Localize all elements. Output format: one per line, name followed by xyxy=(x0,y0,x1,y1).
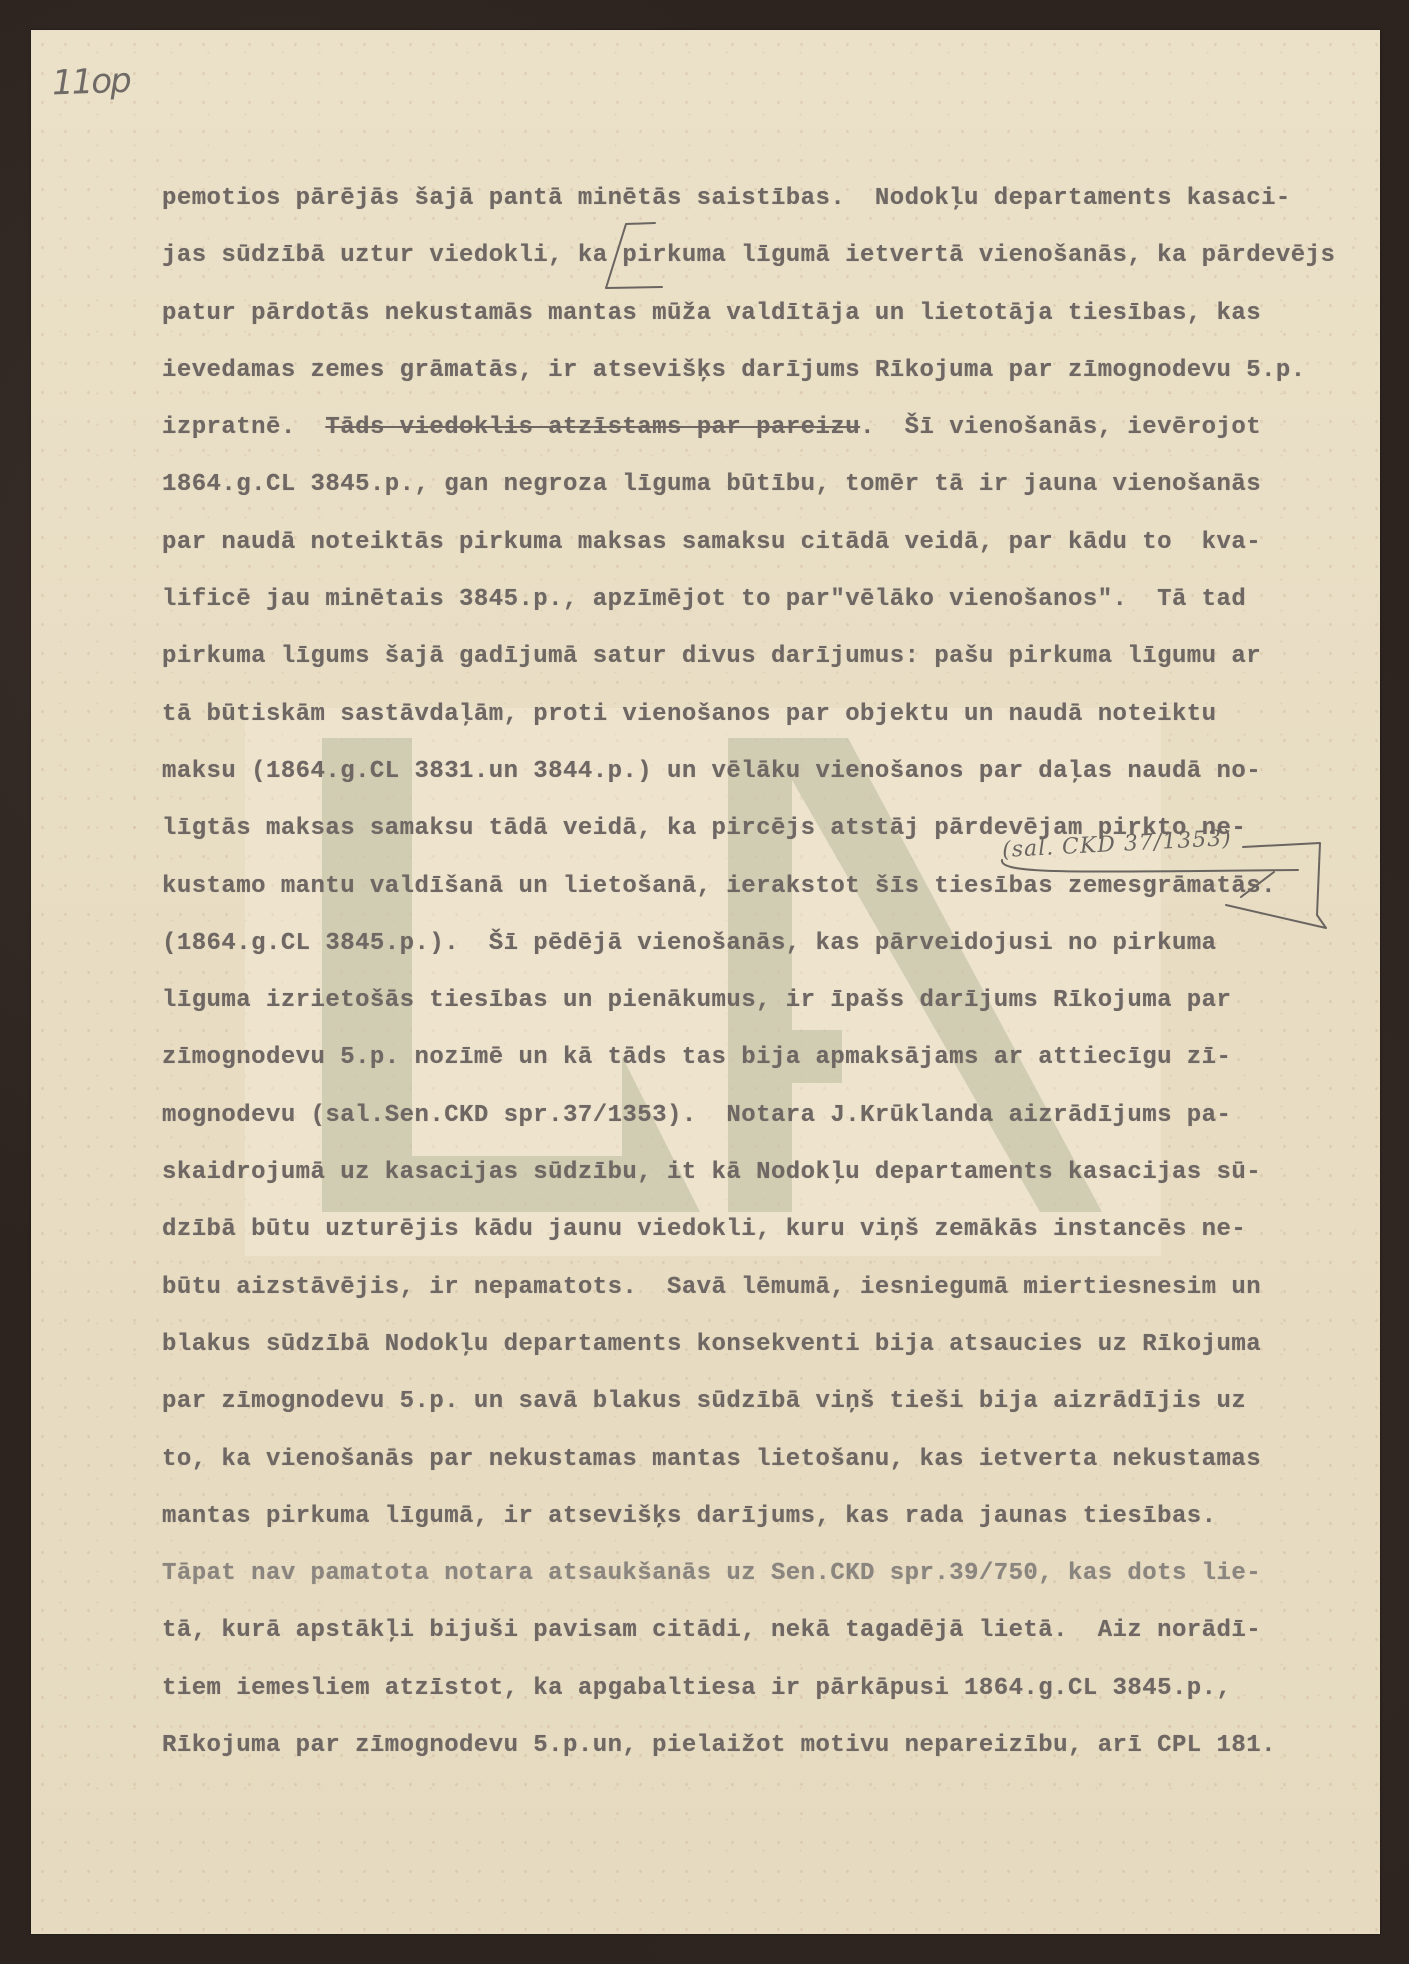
text-line: par naudā noteiktās pirkuma maksas samak… xyxy=(162,514,1362,571)
struck-text: Tāds viedoklis atzīstams par pareizu xyxy=(325,414,860,441)
text-line: lificē jau minētais 3845.p., apzīmējot t… xyxy=(162,571,1362,628)
text-line: 1864.g.CL 3845.p., gan negroza līguma bū… xyxy=(162,456,1362,513)
text-line: to, ka vienošanās par nekustamas mantas … xyxy=(162,1431,1362,1488)
text-line: līguma izrietošās tiesības un pienākumus… xyxy=(162,972,1362,1029)
text-line: pemotios pārējās šajā pantā minētās sais… xyxy=(162,170,1362,227)
text-line: mantas pirkuma līgumā, ir atsevišķs darī… xyxy=(162,1488,1362,1545)
text-line: zīmognodevu 5.p. nozīmē un kā tāds tas b… xyxy=(162,1029,1362,1086)
text-line-with-strikethrough: izpratnē. Tāds viedoklis atzīstams par p… xyxy=(162,399,1362,456)
handwritten-page-number: 11op xyxy=(51,61,130,104)
text-line: jas sūdzībā uztur viedokli, ka pirkuma l… xyxy=(162,227,1362,284)
text-segment: . Šī vienošanās, ievērojot xyxy=(860,414,1261,441)
text-line: pirkuma līgums šajā gadījumā satur divus… xyxy=(162,628,1362,685)
text-line: būtu aizstāvējis, ir nepamatots. Savā lē… xyxy=(162,1259,1362,1316)
text-line: kustamo mantu valdīšanā un lietošanā, ie… xyxy=(162,858,1362,915)
text-segment: izpratnē. xyxy=(162,414,325,441)
text-line: Tāpat nav pamatota notara atsaukšanās uz… xyxy=(162,1545,1362,1602)
text-line: (1864.g.CL 3845.p.). Šī pēdējā vienošanā… xyxy=(162,915,1362,972)
text-line: mognodevu (sal.Sen.CKD spr.37/1353). Not… xyxy=(162,1087,1362,1144)
text-line: Rīkojuma par zīmognodevu 5.p.un, pielaiž… xyxy=(162,1717,1362,1774)
text-line: blakus sūdzībā Nodokļu departaments kons… xyxy=(162,1316,1362,1373)
text-line: skaidrojumā uz kasacijas sūdzību, it kā … xyxy=(162,1144,1362,1201)
text-line: dzībā būtu uzturējis kādu jaunu viedokli… xyxy=(162,1201,1362,1258)
text-line: par zīmognodevu 5.p. un savā blakus sūdz… xyxy=(162,1373,1362,1430)
typewritten-body: pemotios pārējās šajā pantā minētās sais… xyxy=(162,170,1362,1774)
text-line: tā būtiskām sastāvdaļām, proti vienošano… xyxy=(162,686,1362,743)
text-line: maksu (1864.g.CL 3831.un 3844.p.) un vēl… xyxy=(162,743,1362,800)
text-line: tā, kurā apstākļi bijuši pavisam citādi,… xyxy=(162,1602,1362,1659)
text-line: ievedamas zemes grāmatās, ir atsevišķs d… xyxy=(162,342,1362,399)
text-line: patur pārdotās nekustamās mantas mūža va… xyxy=(162,285,1362,342)
text-line: tiem iemesliem atzīstot, ka apgabaltiesa… xyxy=(162,1660,1362,1717)
